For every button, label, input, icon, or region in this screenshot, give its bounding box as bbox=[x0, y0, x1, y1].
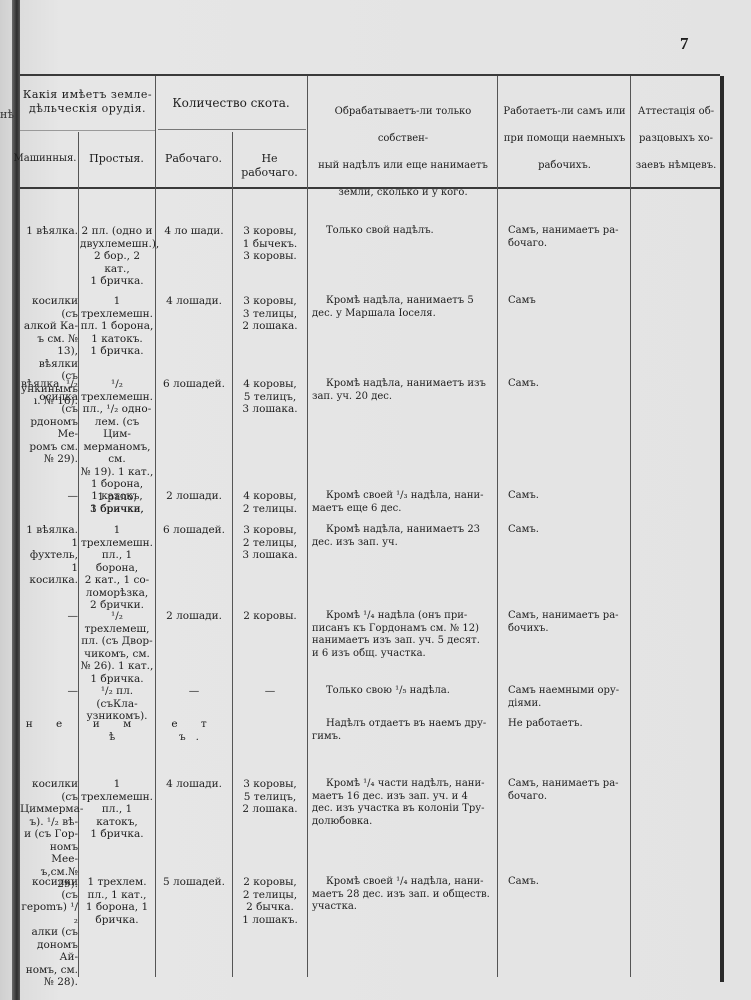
cell-line: 3 лошака. bbox=[234, 549, 306, 562]
table-cell-labor: Самъ bbox=[508, 295, 626, 308]
cell-line: Кромѣ своей ¹/₄ надѣла, нани- bbox=[312, 876, 494, 889]
cell-line: дономъ Ай- bbox=[20, 939, 78, 964]
header-land-line3: земли, сколько и у кого. bbox=[309, 179, 497, 206]
previous-page-stub: нѣ bbox=[0, 108, 14, 121]
cell-line: и 6 изъ общ. участка. bbox=[312, 648, 494, 661]
cell-line: чикомъ, см. bbox=[80, 648, 154, 661]
cell-line: 2 бор., 2 кат., bbox=[80, 250, 154, 275]
header-labor: Работаетъ-ли самъ или при помощи наемных… bbox=[499, 98, 630, 179]
cell-line: Циммерма- bbox=[20, 803, 78, 816]
cell-line: 4 ло шади. bbox=[157, 225, 231, 238]
table-cell-working: е т ъ. bbox=[157, 718, 231, 743]
table-cell-working: 6 лошадей. bbox=[157, 378, 231, 391]
table-cell-land: Надѣлъ отдаетъ въ наемъ дру-гимъ. bbox=[312, 718, 494, 743]
cell-line: ъ). ¹/₂ вѣ- bbox=[20, 816, 78, 829]
cell-line: 4 коровы, bbox=[234, 378, 306, 391]
cell-line: — bbox=[20, 490, 78, 503]
cell-line: 2 телицы. bbox=[234, 503, 306, 516]
table-cell-labor: Не работаетъ. bbox=[508, 718, 626, 731]
cell-line: маетъ еще 6 дес. bbox=[312, 503, 494, 516]
table-cell-nonworking: 2 коровы. bbox=[234, 610, 306, 623]
cell-line: 2 лошади. bbox=[157, 490, 231, 503]
table-cell-simple: 2 пл. (одно идвухлемешн.),2 бор., 2 кат.… bbox=[80, 225, 154, 288]
header-attest-line1: Аттестація об- bbox=[632, 98, 720, 125]
cell-line: 1 вѣялка. bbox=[20, 524, 78, 537]
header-labor-line3: рабочихъ. bbox=[499, 152, 630, 179]
cell-line: № 26). 1 кат., bbox=[80, 660, 154, 673]
cell-line: 2 лошака. bbox=[234, 320, 306, 333]
table-cell-nonworking: 2 коровы,2 телицы,2 бычка.1 лошакъ. bbox=[234, 876, 306, 926]
cell-line: Кромѣ ¹/₄ части надѣлъ, нани- bbox=[312, 778, 494, 791]
table-cell-nonworking: 3 коровы,2 телицы,3 лошака. bbox=[234, 524, 306, 562]
cell-line: № 19). 1 кат., bbox=[80, 466, 154, 479]
header-simple: Простыя. bbox=[78, 152, 155, 166]
cell-line: — bbox=[20, 685, 78, 698]
cell-line: 1 лошакъ. bbox=[234, 914, 306, 927]
col-divider-working-nonworking bbox=[232, 132, 233, 977]
col-divider-machine-simple bbox=[78, 132, 79, 977]
table-cell-simple: 1 трехлемешн.пл. 1 борона,1 катокъ.1 бри… bbox=[80, 295, 154, 358]
cell-line: е т ъ. bbox=[157, 718, 231, 743]
table-cell-machine: н е bbox=[20, 718, 78, 731]
table-cell-simple: 1 трехлем.пл., 1 кат.,1 борона, 1бричка. bbox=[80, 876, 154, 926]
cell-line: 2 пл. (одно и bbox=[80, 225, 154, 238]
cell-line: — bbox=[20, 610, 78, 623]
cell-line: Самъ bbox=[508, 295, 626, 308]
cell-line: 2 коровы. bbox=[234, 610, 306, 623]
cell-line: гимъ. bbox=[312, 731, 494, 744]
header-implements-line2: дѣльческія орудія. bbox=[20, 102, 155, 116]
table-cell-simple: 1 катокъ,1 бричка, bbox=[80, 490, 154, 515]
cell-line: 1 бычекъ. bbox=[234, 238, 306, 251]
cell-line: и м ѣ bbox=[80, 718, 154, 743]
table-cell-labor: Самъ, нанимаетъ ра-бочихъ. bbox=[508, 610, 626, 635]
cell-line: 1 борона, bbox=[80, 478, 154, 491]
table-cell-simple: и м ѣ bbox=[80, 718, 154, 743]
cell-line: алкой Ка- bbox=[20, 320, 78, 333]
cell-line: 1 фухтель, bbox=[20, 537, 78, 562]
table-cell-labor: Самъ, нанимаетъ ра-бочаго. bbox=[508, 778, 626, 803]
header-machine: Машинныя. bbox=[12, 152, 78, 166]
table-cell-land: Только свой надѣлъ. bbox=[312, 225, 494, 238]
table-cell-nonworking: — bbox=[234, 685, 306, 698]
cell-line: дес. изъ зап. уч. bbox=[312, 537, 494, 550]
table-cell-working: 2 лошади. bbox=[157, 490, 231, 503]
header-labor-line1: Работаетъ-ли самъ или bbox=[499, 98, 630, 125]
table-cell-simple: ¹/₂ трехлемеш,пл. (съ Двор-чикомъ, см.№ … bbox=[80, 610, 154, 685]
cell-line: 2 коровы, bbox=[234, 876, 306, 889]
cell-line: 2 телицы, bbox=[234, 889, 306, 902]
cell-line: 1 бричка. bbox=[80, 345, 154, 358]
cell-line: 1 бричка. bbox=[80, 673, 154, 686]
cell-line: алки (съ bbox=[20, 926, 78, 939]
cell-line: 2 лошади. bbox=[157, 610, 231, 623]
cell-line: 2 лошака. bbox=[234, 803, 306, 816]
cell-line: маетъ 28 дес. изъ зап. и обществ. bbox=[312, 889, 494, 902]
header-attest-line3: заевъ нѣмцевъ. bbox=[632, 152, 720, 179]
cell-line: пл. 1 борона, bbox=[80, 320, 154, 333]
table-cell-land: Кромѣ надѣла, нанимаетъ изъзап. уч. 20 д… bbox=[312, 378, 494, 403]
cell-line: бочаго. bbox=[508, 238, 626, 251]
cell-line: Самъ наемными ору- bbox=[508, 685, 626, 698]
table-cell-land: Только свою ¹/₅ надѣла. bbox=[312, 685, 494, 698]
cell-line: Кромѣ надѣла, нанимаетъ изъ bbox=[312, 378, 494, 391]
col-divider-land-labor bbox=[497, 76, 498, 977]
cell-line: 1 бричка. bbox=[80, 828, 154, 841]
cell-line: Не работаетъ. bbox=[508, 718, 626, 731]
table-cell-land: Кромѣ надѣла, нанимаетъ 5дес. у Маршала … bbox=[312, 295, 494, 320]
cell-line: нанимаетъ изъ зап. уч. 5 десят. bbox=[312, 635, 494, 648]
table-cell-machine: — bbox=[20, 685, 78, 698]
cell-line: Кромѣ своей ¹/₃ надѣла, нани- bbox=[312, 490, 494, 503]
cell-line: — bbox=[234, 685, 306, 698]
cell-line: 2 телицы, bbox=[234, 537, 306, 550]
table-cell-nonworking: 4 коровы,2 телицы. bbox=[234, 490, 306, 515]
cell-line: Самъ, нанимаетъ ра- bbox=[508, 778, 626, 791]
table-cell-machine: — bbox=[20, 610, 78, 623]
cell-line: № 28). bbox=[20, 976, 78, 989]
header-attestation: Аттестація об- разцовыхъ хо- заевъ нѣмце… bbox=[632, 98, 720, 179]
cell-line: — bbox=[157, 685, 231, 698]
cell-line: пл., 1 кат., bbox=[80, 889, 154, 902]
cell-line: 1 борона, 1 bbox=[80, 901, 154, 914]
cell-line: 3 лошака. bbox=[234, 403, 306, 416]
cell-line: долюбовка. bbox=[312, 816, 494, 829]
implements-subheader-rule bbox=[20, 130, 155, 131]
cell-line: Самъ, нанимаетъ ра- bbox=[508, 610, 626, 623]
cell-line: 4 лошади. bbox=[157, 295, 231, 308]
cell-line: 2 кат., 1 со- bbox=[80, 574, 154, 587]
cell-line: бочихъ. bbox=[508, 623, 626, 636]
cell-line: рдономъ Ме- bbox=[20, 416, 78, 441]
cell-line: Кромѣ ¹/₄ надѣла (онъ при- bbox=[312, 610, 494, 623]
cell-line: Надѣлъ отдаетъ въ наемъ дру- bbox=[312, 718, 494, 731]
table-cell-simple: 1 трехлемешн.пл., 1 катокъ,1 бричка. bbox=[80, 778, 154, 841]
livestock-subheader-rule bbox=[158, 129, 306, 130]
cell-line: Только свою ¹/₅ надѣла. bbox=[312, 685, 494, 698]
cell-line: пл., ¹/₂ одно- bbox=[80, 403, 154, 416]
cell-line: Кромѣ надѣла, нанимаетъ 5 bbox=[312, 295, 494, 308]
table-cell-nonworking: 3 коровы,3 телицы,2 лошака. bbox=[234, 295, 306, 333]
cell-line: косилки (съ bbox=[20, 295, 78, 320]
table-cell-nonworking: 4 коровы,5 телицъ,3 лошака. bbox=[234, 378, 306, 416]
cell-line: 3 телицы, bbox=[234, 308, 306, 321]
table-cell-simple: 1 трехлемешн.пл., 1 борона,2 кат., 1 со-… bbox=[80, 524, 154, 612]
cell-line: Самъ, нанимаетъ ра- bbox=[508, 225, 626, 238]
header-land: Обрабатываетъ-ли только собствен- ный на… bbox=[309, 98, 497, 206]
table-cell-nonworking: 3 коровы,1 бычекъ.3 коровы. bbox=[234, 225, 306, 263]
page-number: 7 bbox=[680, 34, 689, 54]
cell-line: 3 коровы, bbox=[234, 524, 306, 537]
cell-line: ломорѣзка, bbox=[80, 587, 154, 600]
cell-line: косилки (съ bbox=[20, 876, 78, 901]
cell-line: 1 трехлемешн. bbox=[80, 524, 154, 549]
header-nonworking: Не рабочаго. bbox=[232, 152, 307, 180]
table-cell-labor: Самъ, нанимаетъ ра-бочаго. bbox=[508, 225, 626, 250]
table-cell-working: 2 лошади. bbox=[157, 610, 231, 623]
table-cell-machine: косилки (съгерomъ) ¹/₂алки (съдономъ Ай-… bbox=[20, 876, 78, 989]
cell-line: Самъ. bbox=[508, 490, 626, 503]
cell-line: Самъ. bbox=[508, 876, 626, 889]
header-livestock-group: Количество скота. bbox=[155, 96, 307, 110]
cell-line: 1 бричка. bbox=[80, 275, 154, 288]
cell-line: ромъ см. bbox=[20, 441, 78, 454]
table-cell-working: 4 лошади. bbox=[157, 295, 231, 308]
table-cell-nonworking: 3 коровы,5 телицъ,2 лошака. bbox=[234, 778, 306, 816]
cell-line: 3 коровы. bbox=[234, 250, 306, 263]
cell-line: № 29). bbox=[20, 453, 78, 466]
table-cell-working: 5 лошадей. bbox=[157, 876, 231, 889]
cell-line: 5 телицъ, bbox=[234, 391, 306, 404]
header-land-line2: ный надѣлъ или еще нанимаетъ bbox=[309, 152, 497, 179]
cell-line: участка. bbox=[312, 901, 494, 914]
table-cell-working: — bbox=[157, 685, 231, 698]
cell-line: 1 катокъ. bbox=[80, 333, 154, 346]
cell-line: Самъ. bbox=[508, 378, 626, 391]
table-cell-land: Кромѣ ¹/₄ надѣла (онъ при-писанъ къ Горд… bbox=[312, 610, 494, 660]
cell-line: косилки (съ bbox=[20, 778, 78, 803]
cell-line: номъ Мее- bbox=[20, 841, 78, 866]
cell-line: 1 трехлем. bbox=[80, 876, 154, 889]
cell-line: 1 косилка. bbox=[20, 562, 78, 587]
cell-line: номъ, см. bbox=[20, 964, 78, 977]
header-labor-line2: при помощи наемныхъ bbox=[499, 125, 630, 152]
cell-line: пл., 1 борона, bbox=[80, 549, 154, 574]
cell-line: вѣялка, ¹/₂ bbox=[20, 378, 78, 391]
cell-line: Кромѣ надѣла, нанимаетъ 23 bbox=[312, 524, 494, 537]
col-divider-labor-attest bbox=[630, 76, 631, 977]
table-cell-machine: 1 вѣялка. bbox=[20, 225, 78, 238]
header-land-line1: Обрабатываетъ-ли только собствен- bbox=[309, 98, 497, 152]
cell-line: осилка (съ bbox=[20, 391, 78, 416]
cell-line: 1 трехлемешн. bbox=[80, 295, 154, 320]
col-divider-livestock-land bbox=[307, 76, 308, 977]
cell-line: дес. изъ участка въ колоніи Тру- bbox=[312, 803, 494, 816]
table-top-rule bbox=[20, 74, 720, 76]
table-cell-land: Кромѣ надѣла, нанимаетъ 23дес. изъ зап. … bbox=[312, 524, 494, 549]
cell-line: двухлемешн.), bbox=[80, 238, 154, 251]
cell-line: ¹/₂ трехлемешн. bbox=[80, 378, 154, 403]
cell-line: пл., 1 катокъ, bbox=[80, 803, 154, 828]
cell-line: ¹/₂ трехлемеш, bbox=[80, 610, 154, 635]
cell-line: бочаго. bbox=[508, 791, 626, 804]
table-cell-land: Кромѣ своей ¹/₄ надѣла, нани-маетъ 28 де… bbox=[312, 876, 494, 914]
table-cell-simple: ¹/₂ пл. (съКла-узникомъ). bbox=[80, 685, 154, 723]
cell-line: діями. bbox=[508, 698, 626, 711]
table-cell-machine: вѣялка, ¹/₂осилка (сърдономъ Ме-ромъ см.… bbox=[20, 378, 78, 466]
cell-line: писанъ къ Гордонамъ см. № 12) bbox=[312, 623, 494, 636]
cell-line: Только свой надѣлъ. bbox=[312, 225, 494, 238]
header-working: Рабочаго. bbox=[155, 152, 232, 166]
cell-line: 6 лошадей. bbox=[157, 378, 231, 391]
cell-line: лем. (съ Цим- bbox=[80, 416, 154, 441]
cell-line: 2 бычка. bbox=[234, 901, 306, 914]
table-cell-labor: Самъ наемными ору-діями. bbox=[508, 685, 626, 710]
cell-line: 5 лошадей. bbox=[157, 876, 231, 889]
cell-line: герomъ) ¹/₂ bbox=[20, 901, 78, 926]
table-cell-labor: Самъ. bbox=[508, 524, 626, 537]
col-divider-implements-livestock bbox=[155, 76, 156, 977]
table-cell-working: 4 ло шади. bbox=[157, 225, 231, 238]
cell-line: пл. (съ Двор- bbox=[80, 635, 154, 648]
cell-line: Самъ. bbox=[508, 524, 626, 537]
cell-line: 6 лошадей. bbox=[157, 524, 231, 537]
header-attest-line2: разцовыхъ хо- bbox=[632, 125, 720, 152]
cell-line: мерманомъ, см. bbox=[80, 441, 154, 466]
table-cell-working: 6 лошадей. bbox=[157, 524, 231, 537]
cell-line: 1 трехлемешн. bbox=[80, 778, 154, 803]
cell-line: 3 коровы, bbox=[234, 225, 306, 238]
table-cell-working: 4 лошади. bbox=[157, 778, 231, 791]
cell-line: ъ см. № 13), bbox=[20, 333, 78, 358]
cell-line: 3 коровы, bbox=[234, 778, 306, 791]
table-cell-labor: Самъ. bbox=[508, 490, 626, 503]
cell-line: ¹/₂ пл. (съКла- bbox=[80, 685, 154, 710]
header-implements-line1: Какія имѣетъ земле- bbox=[20, 88, 155, 102]
cell-line: 4 коровы, bbox=[234, 490, 306, 503]
binding-edge bbox=[12, 0, 20, 1000]
table-right-border bbox=[720, 76, 724, 982]
table-cell-labor: Самъ. bbox=[508, 378, 626, 391]
cell-line: 4 лошади. bbox=[157, 778, 231, 791]
cell-line: 1 вѣялка. bbox=[20, 225, 78, 238]
cell-line: 1 бричка, bbox=[80, 503, 154, 516]
cell-line: и (съ Гор- bbox=[20, 828, 78, 841]
cell-line: 1 катокъ, bbox=[80, 490, 154, 503]
cell-line: дес. у Маршала Іоселя. bbox=[312, 308, 494, 321]
table-cell-machine: — bbox=[20, 490, 78, 503]
cell-line: маетъ 16 дес. изъ зап. уч. и 4 bbox=[312, 791, 494, 804]
cell-line: зап. уч. 20 дес. bbox=[312, 391, 494, 404]
cell-line: 5 телицъ, bbox=[234, 791, 306, 804]
table-cell-machine: косилки (съЦиммерма-ъ). ¹/₂ вѣ-и (съ Гор… bbox=[20, 778, 78, 891]
table-cell-labor: Самъ. bbox=[508, 876, 626, 889]
table-cell-land: Кромѣ своей ¹/₃ надѣла, нани-маетъ еще 6… bbox=[312, 490, 494, 515]
table-cell-land: Кромѣ ¹/₄ части надѣлъ, нани-маетъ 16 де… bbox=[312, 778, 494, 828]
table-cell-machine: 1 вѣялка.1 фухтель,1 косилка. bbox=[20, 524, 78, 587]
cell-line: 3 коровы, bbox=[234, 295, 306, 308]
header-implements-group: Какія имѣетъ земле- дѣльческія орудія. bbox=[20, 88, 155, 116]
cell-line: бричка. bbox=[80, 914, 154, 927]
cell-line: н е bbox=[20, 718, 78, 731]
